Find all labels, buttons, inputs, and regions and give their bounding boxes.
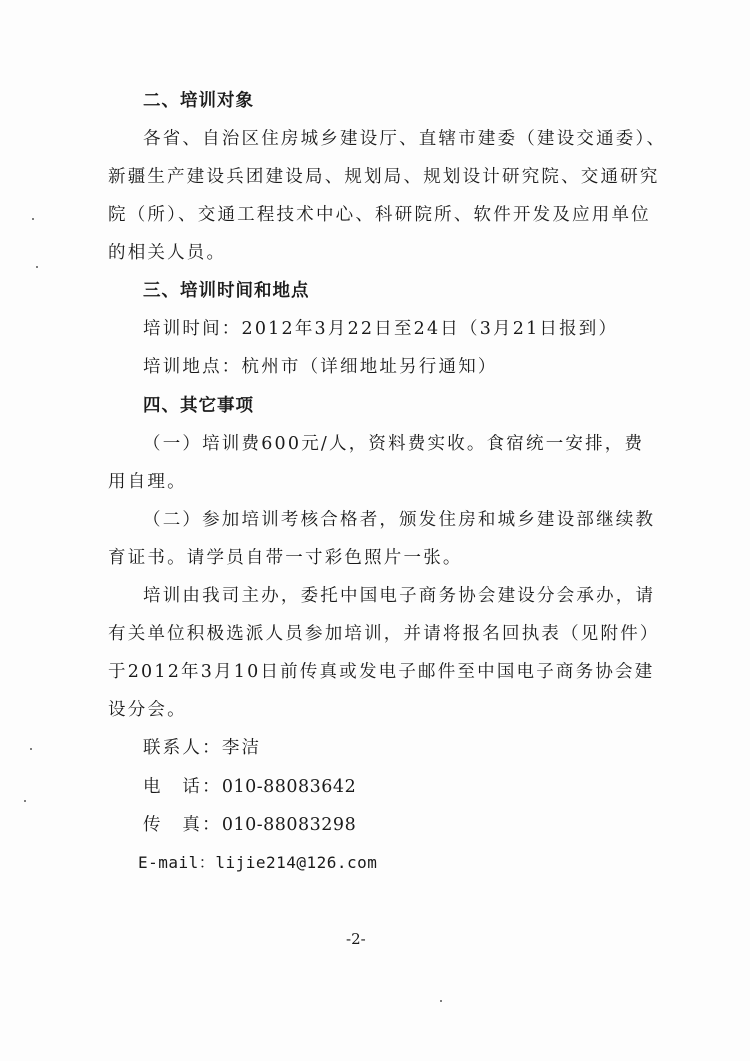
contact-person-name: 李洁 xyxy=(222,738,261,758)
scan-speck xyxy=(32,218,34,220)
section-heading-time-place: 三、培训时间和地点 xyxy=(143,280,310,302)
paragraph-line: 各省、自治区住房城乡建设厅、直辖市建委（建设交通委）、 xyxy=(143,128,666,150)
certificate-item-line: 育证书。请学员自带一寸彩色照片一张。 xyxy=(108,547,463,569)
scan-speck xyxy=(24,800,26,802)
contact-phone-label: 电 话： xyxy=(143,777,222,797)
contact-fax-label: 传 真： xyxy=(143,815,222,835)
certificate-item-line: （二）参加培训考核合格者，颁发住房和城乡建设部继续教 xyxy=(143,509,655,531)
contact-person: 联系人：李洁 xyxy=(143,737,261,759)
fee-item-line: 用自理。 xyxy=(108,471,187,493)
closing-line: 培训由我司主办，委托中国电子商务协会建设分会承办，请 xyxy=(143,585,655,607)
training-place: 培训地点：杭州市（详细地址另行通知） xyxy=(143,356,498,378)
contact-phone: 电 话：010-88083642 xyxy=(143,776,356,798)
page-number: -2- xyxy=(346,930,366,948)
paragraph-line: 新疆生产建设兵团建设局、规划局、规划设计研究院、交通研究 xyxy=(108,166,660,188)
contact-person-label: 联系人： xyxy=(143,738,222,758)
section-heading-trainees: 二、培训对象 xyxy=(143,90,254,112)
paragraph-line: 院（所）、交通工程技术中心、科研院所、软件开发及应用单位 xyxy=(108,204,651,226)
training-time: 培训时间：2012年3月22日至24日（3月21日报到） xyxy=(143,318,618,340)
closing-line: 有关单位积极选派人员参加培训，并请将报名回执表（见附件） xyxy=(108,623,660,645)
closing-line: 于2012年3月10日前传真或发电子邮件至中国电子商务协会建 xyxy=(108,661,654,683)
contact-fax-number: 010-88083298 xyxy=(222,815,356,835)
contact-email: E-mail：lijie214@126.com xyxy=(138,852,377,874)
closing-line: 设分会。 xyxy=(108,699,187,721)
contact-phone-number: 010-88083642 xyxy=(222,777,356,797)
paragraph-line: 的相关人员。 xyxy=(108,242,226,264)
scan-speck xyxy=(36,266,38,268)
document-page: 二、培训对象 各省、自治区住房城乡建设厅、直辖市建委（建设交通委）、 新疆生产建… xyxy=(0,0,750,1061)
contact-email-label: E-mail： xyxy=(138,853,215,872)
fee-item-line: （一）培训费600元/人，资料费实收。食宿统一安排，费 xyxy=(143,433,644,455)
scan-speck xyxy=(440,1000,442,1002)
contact-fax: 传 真：010-88083298 xyxy=(143,814,356,836)
section-heading-other: 四、其它事项 xyxy=(143,395,254,417)
contact-email-address[interactable]: lijie214@126.com xyxy=(215,853,377,872)
scan-speck xyxy=(30,748,32,750)
